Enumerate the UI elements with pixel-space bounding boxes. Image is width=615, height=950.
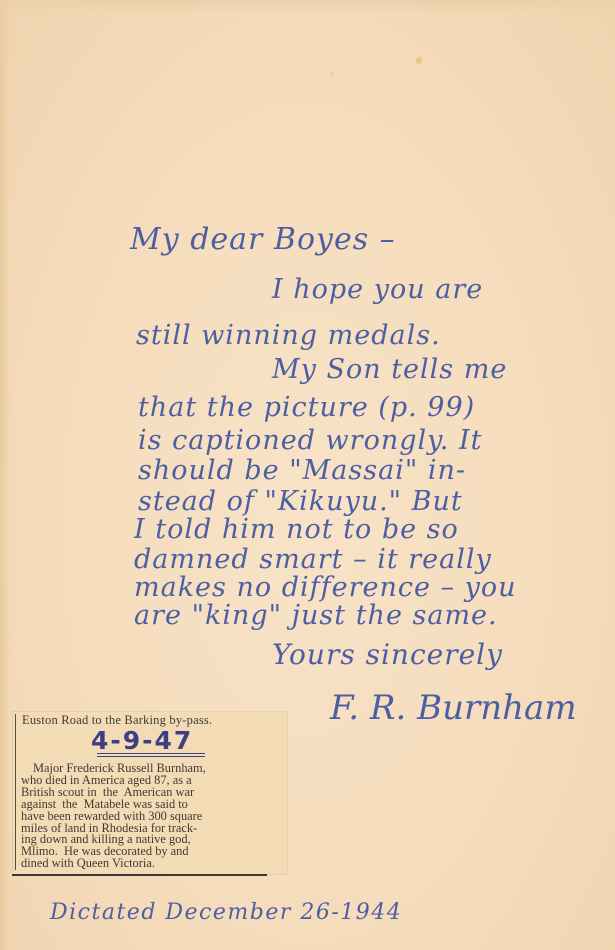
letter-line: that the picture (p. 99)	[138, 392, 475, 423]
letter-signature: F. R. Burnham	[330, 688, 577, 728]
letter-line: are "king" just the same.	[134, 600, 498, 631]
letter-line: makes no difference – you	[134, 572, 517, 603]
letter-line: is captioned wrongly. It	[138, 425, 482, 456]
dictated-note: Dictated December 26-1944	[50, 900, 402, 925]
date-underline	[97, 756, 205, 757]
clipping-border	[15, 714, 16, 870]
letter-line: I hope you are	[272, 274, 483, 305]
letter-line: damned smart – it really	[134, 544, 492, 575]
letter-line: still winning medals.	[136, 320, 441, 351]
document-page: My dear Boyes – I hope you are still win…	[0, 0, 615, 950]
paper-stain	[330, 72, 334, 76]
letter-line: stead of "Kikuyu." But	[138, 486, 463, 517]
letter-line: should be "Massai" in-	[138, 455, 466, 486]
date-underline	[97, 753, 205, 754]
letter-closing: Yours sincerely	[272, 638, 503, 671]
letter-line: I told him not to be so	[134, 514, 459, 545]
newspaper-clipping: Euston Road to the Barking by-pass. 4-9-…	[13, 712, 287, 874]
paper-stain	[416, 57, 422, 64]
clipping-line: dined with Queen Victoria.	[21, 858, 271, 870]
clipping-rule	[12, 874, 267, 876]
clipping-handwritten-date: 4-9-47	[91, 726, 193, 755]
letter-salutation: My dear Boyes –	[130, 222, 396, 257]
clipping-body: Major Frederick Russell Burnham, who die…	[21, 763, 271, 870]
letter-line: My Son tells me	[272, 354, 507, 385]
